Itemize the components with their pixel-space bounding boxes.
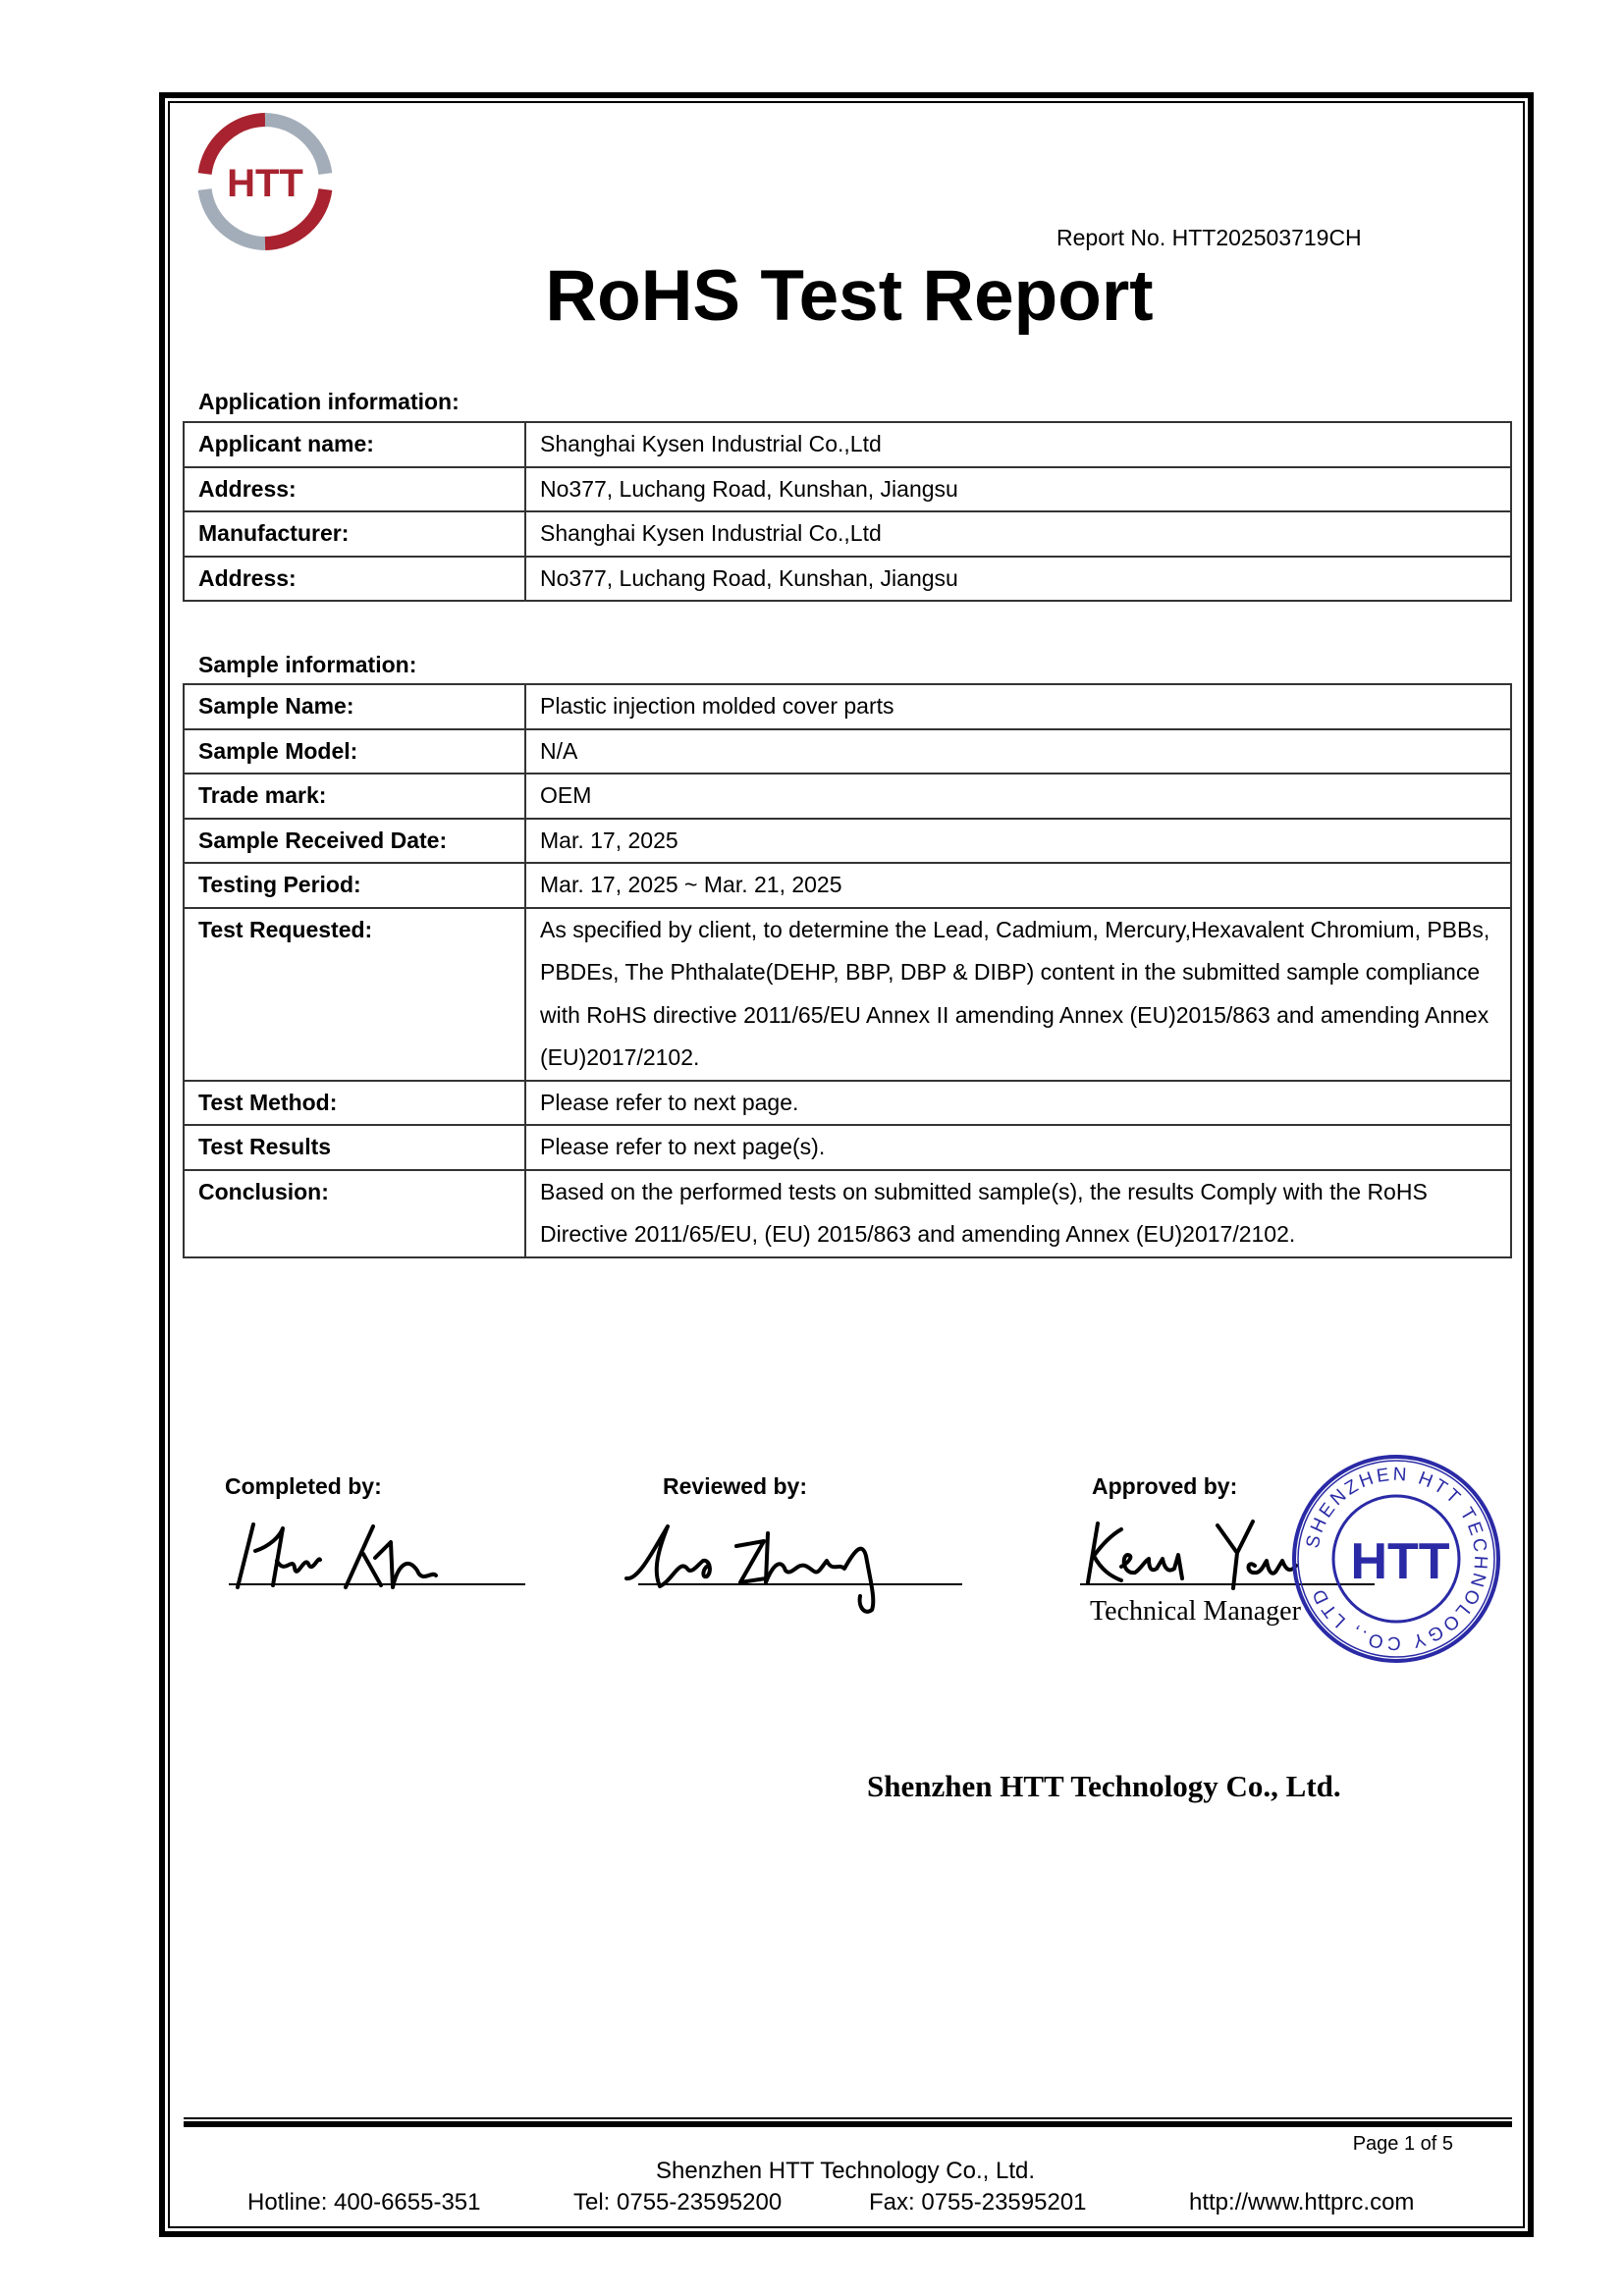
row-value: Plastic injection molded cover parts — [525, 684, 1511, 729]
row-label: Sample Name: — [184, 684, 525, 729]
table-row: Sample Model:N/A — [184, 729, 1511, 774]
reviewed-signature — [619, 1512, 972, 1625]
sample-info-heading: Sample information: — [198, 651, 416, 678]
sample-info-table: Sample Name:Plastic injection molded cov… — [183, 683, 1512, 1258]
table-row: Applicant name:Shanghai Kysen Industrial… — [184, 422, 1511, 467]
table-row: Sample Name:Plastic injection molded cov… — [184, 684, 1511, 729]
row-value: Mar. 17, 2025 — [525, 819, 1511, 864]
table-row: Conclusion:Based on the performed tests … — [184, 1170, 1511, 1257]
row-label: Address: — [184, 557, 525, 602]
row-value: No377, Luchang Road, Kunshan, Jiangsu — [525, 467, 1511, 512]
application-info-table: Applicant name:Shanghai Kysen Industrial… — [183, 421, 1512, 602]
row-value: N/A — [525, 729, 1511, 774]
footer-website[interactable]: http://www.httprc.com — [1189, 2189, 1414, 2216]
table-row: Test ResultsPlease refer to next page(s)… — [184, 1125, 1511, 1170]
table-row: Test Method:Please refer to next page. — [184, 1081, 1511, 1126]
row-label: Sample Received Date: — [184, 819, 525, 864]
row-value: Shanghai Kysen Industrial Co.,Ltd — [525, 422, 1511, 467]
table-row: Manufacturer:Shanghai Kysen Industrial C… — [184, 511, 1511, 557]
footer-fax: Fax: 0755-23595201 — [869, 2189, 1087, 2216]
row-label: Test Results — [184, 1125, 525, 1170]
approved-signature — [1080, 1512, 1316, 1600]
reviewed-by-label: Reviewed by: — [663, 1472, 807, 1500]
row-value: OEM — [525, 774, 1511, 819]
row-value: Shanghai Kysen Industrial Co.,Ltd — [525, 511, 1511, 557]
row-value: No377, Luchang Road, Kunshan, Jiangsu — [525, 557, 1511, 602]
footer-hotline: Hotline: 400-6655-351 — [247, 2189, 481, 2216]
row-value: Based on the performed tests on submitte… — [525, 1170, 1511, 1257]
approver-title: Technical Manager — [1090, 1596, 1301, 1628]
table-row: Sample Received Date:Mar. 17, 2025 — [184, 819, 1511, 864]
report-number: Report No. HTT202503719CH — [1056, 224, 1362, 251]
row-label: Test Requested: — [184, 908, 525, 1081]
table-row: Address:No377, Luchang Road, Kunshan, Ji… — [184, 557, 1511, 602]
completed-by-label: Completed by: — [225, 1472, 382, 1500]
footer-company: Shenzhen HTT Technology Co., Ltd. — [0, 2158, 1624, 2185]
completed-signature — [226, 1517, 530, 1600]
row-label: Trade mark: — [184, 774, 525, 819]
footer-tel: Tel: 0755-23595200 — [573, 2189, 782, 2216]
company-name: Shenzhen HTT Technology Co., Ltd. — [867, 1769, 1341, 1804]
row-label: Manufacturer: — [184, 511, 525, 557]
approved-by-label: Approved by: — [1092, 1472, 1237, 1500]
application-info-heading: Application information: — [198, 388, 460, 415]
table-row: Trade mark:OEM — [184, 774, 1511, 819]
logo-text: HTT — [227, 162, 303, 205]
table-row: Address:No377, Luchang Road, Kunshan, Ji… — [184, 467, 1511, 512]
table-row: Test Requested:As specified by client, t… — [184, 908, 1511, 1081]
footer-rule — [184, 2117, 1512, 2119]
row-value: Please refer to next page(s). — [525, 1125, 1511, 1170]
stamp-center-text: HTT — [1350, 1533, 1449, 1590]
row-label: Sample Model: — [184, 729, 525, 774]
row-label: Testing Period: — [184, 863, 525, 908]
row-label: Conclusion: — [184, 1170, 525, 1257]
page-title: RoHS Test Report — [0, 257, 1624, 336]
row-label: Applicant name: — [184, 422, 525, 467]
company-stamp: SHENZHEN HTT TECHNOLOGY CO., LTD HTT — [1290, 1453, 1502, 1665]
page-number: Page 1 of 5 — [1353, 2132, 1453, 2156]
footer-rule-thick — [184, 2121, 1512, 2127]
row-value: Mar. 17, 2025 ~ Mar. 21, 2025 — [525, 863, 1511, 908]
row-label: Test Method: — [184, 1081, 525, 1126]
row-label: Address: — [184, 467, 525, 512]
row-value: Please refer to next page. — [525, 1081, 1511, 1126]
table-row: Testing Period:Mar. 17, 2025 ~ Mar. 21, … — [184, 863, 1511, 908]
row-value: As specified by client, to determine the… — [525, 908, 1511, 1081]
htt-logo: HTT — [196, 113, 334, 250]
